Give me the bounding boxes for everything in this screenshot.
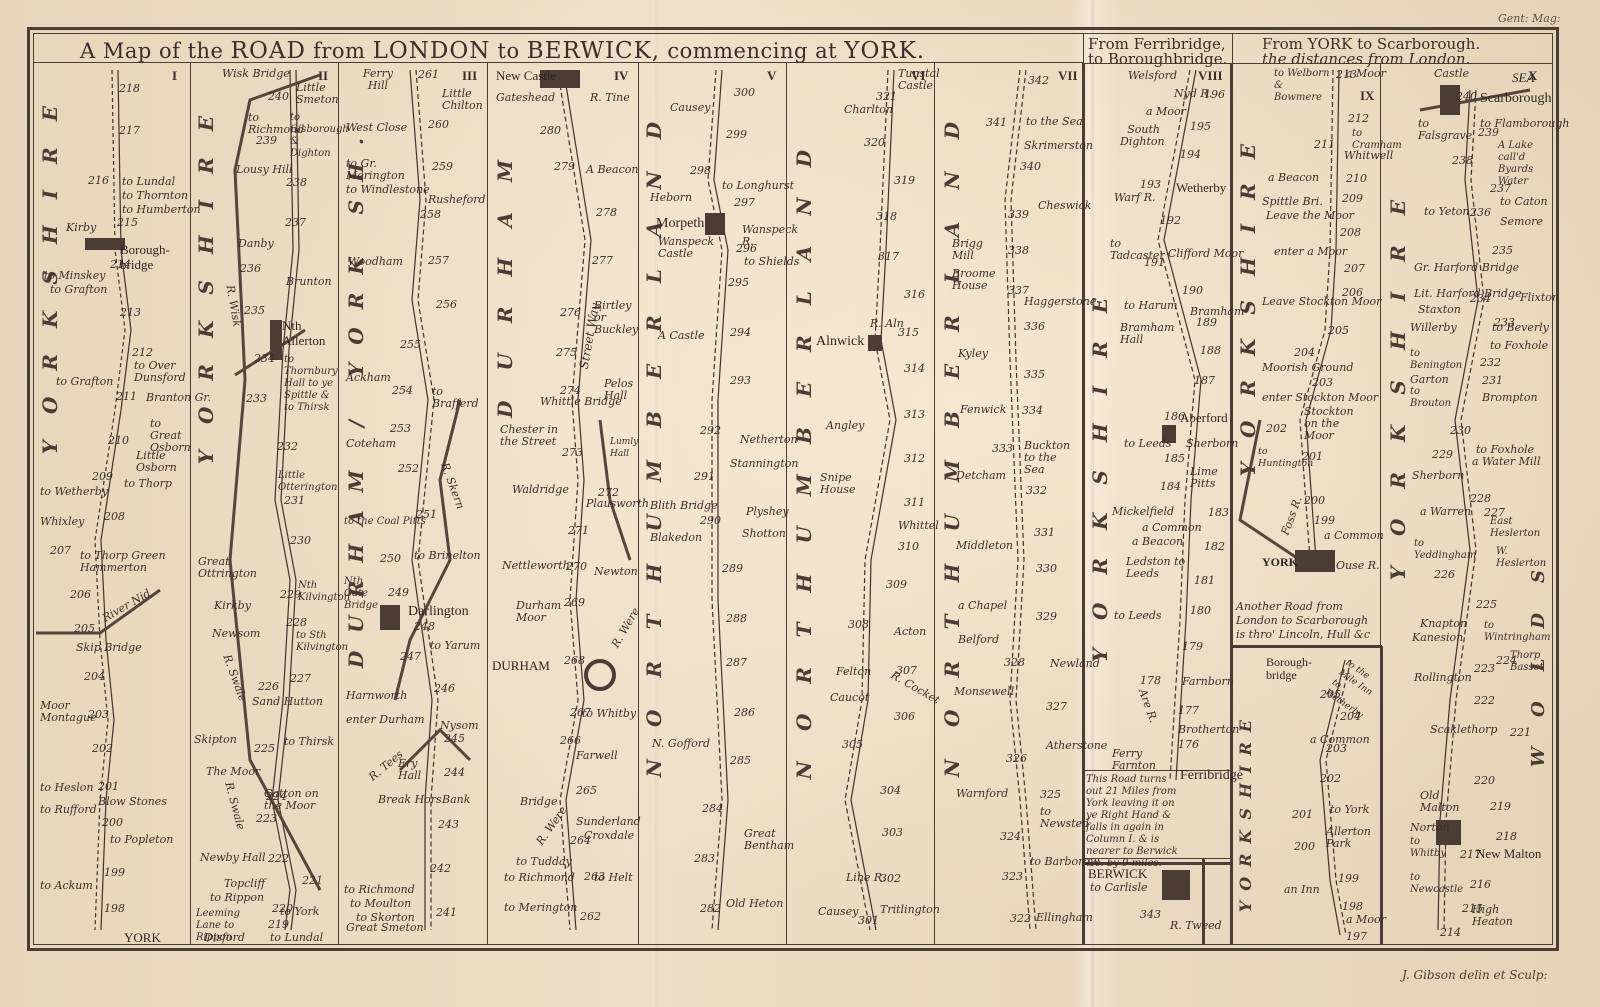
place-label: to Shields (744, 256, 799, 268)
town-label: Alnwick (816, 334, 864, 349)
place-label: Gr. Harford Bridge (1414, 262, 1564, 274)
place-label: to Humberton (122, 204, 201, 216)
route-note: This Road turns out 21 Miles from York l… (1086, 774, 1182, 870)
place-label: Little Osborn (136, 450, 186, 474)
place-label: Bank (442, 794, 470, 806)
milestone: 203 (1312, 376, 1333, 389)
place-label: a Beacon (1268, 172, 1319, 184)
milestone: 253 (390, 422, 411, 435)
wolds-label: WOLDS (1528, 540, 1549, 767)
milestone: 336 (1024, 320, 1045, 333)
place-label: to Wetherby (40, 486, 108, 498)
strip-numeral: IV (614, 68, 628, 84)
place-label: to Gr. Merington (346, 158, 410, 182)
milestone: 185 (1164, 452, 1185, 465)
place-label: East Heslerton (1490, 516, 1534, 540)
place-label: Farwell (576, 750, 618, 762)
place-label: Ledston to Leeds (1126, 556, 1186, 580)
place-label: to Lundal (270, 932, 323, 944)
place-label: Felton (836, 666, 871, 678)
place-label: South Dighton (1120, 124, 1160, 148)
milestone: 273 (562, 446, 583, 459)
county-label: NORTHUMBERLAND (792, 120, 816, 779)
town-label: Scarborough (1480, 92, 1550, 106)
milestone: 244 (444, 766, 465, 779)
river-label: R. Tine (590, 92, 630, 104)
place-label: Nettleworth (502, 560, 570, 572)
place-label: Lumly Hall (610, 436, 636, 460)
place-label: Stannington (730, 458, 798, 470)
place-label: Sunderland (576, 816, 641, 828)
place-label: to Brafferd (432, 386, 472, 410)
milestone: 339 (1008, 208, 1029, 221)
place-label: Brompton (1482, 392, 1538, 404)
place-label: Ellingham (1036, 912, 1093, 924)
place-label: to Windlestone (346, 184, 430, 196)
place-label: Staxton (1418, 304, 1461, 316)
place-label: Topcliff (224, 878, 265, 890)
milestone: 293 (730, 374, 751, 387)
town-label: Darlington (408, 604, 469, 619)
place-label: a Beacon (1132, 536, 1183, 548)
place-label: to Thornton (122, 190, 188, 202)
place-label: Allerton Park (1326, 826, 1376, 850)
place-label: Gateshead (496, 92, 555, 104)
milestone: 182 (1204, 540, 1225, 553)
river-label: R. Tweed (1170, 920, 1222, 932)
milestone: 212 (132, 346, 153, 359)
divider (1083, 33, 1084, 63)
milestone: 202 (92, 742, 113, 755)
milestone: 210 (1346, 172, 1367, 185)
milestone: 230 (290, 534, 311, 547)
place-label: Rusheford (428, 194, 486, 206)
place-label: Scaklethorp (1430, 724, 1497, 736)
place-label: Catton on the Moor (264, 788, 336, 812)
place-label: to the Coal Pitts (344, 516, 426, 528)
milestone: 209 (1342, 192, 1363, 205)
milestone: 204 (84, 670, 105, 683)
milestone: 301 (858, 914, 879, 927)
milestone: 234 (254, 352, 275, 365)
milestone: 326 (1006, 752, 1027, 765)
place-label: to Flamborough (1480, 118, 1569, 130)
milestone: 177 (1178, 704, 1199, 717)
milestone: 211 (116, 390, 137, 403)
place-label: Danby (238, 238, 274, 250)
milestone: 183 (1208, 506, 1229, 519)
town-label: Borough-bridge (120, 242, 180, 272)
river-label: Line R. (846, 872, 886, 884)
place-label: Willerby (1410, 322, 1457, 334)
milestone: 200 (1304, 494, 1325, 507)
place-label: Plausworth (586, 498, 632, 510)
place-label: Acton (894, 626, 926, 638)
strip-numeral: VIII (1198, 68, 1223, 84)
county-label: NORTHUMBERLAND (940, 90, 964, 777)
milestone: 280 (540, 124, 561, 137)
place-label: Ackham (346, 372, 391, 384)
place-label: a Common (1324, 530, 1384, 542)
place-label: Little Otterington (278, 470, 334, 494)
milestone: 288 (726, 612, 747, 625)
place-label: Brunton (286, 276, 332, 288)
milestone: 238 (286, 176, 307, 189)
place-label: to Moulton (350, 898, 411, 910)
place-label: Ferry Farnton (1112, 748, 1152, 772)
place-label: Old Malton (1420, 790, 1456, 814)
milestone: 219 (1490, 800, 1511, 813)
milestone: 179 (1182, 640, 1203, 653)
place-label: Little Smeton (296, 82, 336, 106)
strip-divider (1230, 63, 1233, 945)
milestone: 342 (1028, 74, 1049, 87)
place-label: enter Durham (346, 714, 425, 726)
milestone: 343 (1140, 908, 1161, 921)
milestone: 223 (256, 812, 277, 825)
place-label: to Brouton (1410, 386, 1454, 410)
milestone: 187 (1194, 374, 1215, 387)
milestone: 212 (1348, 112, 1369, 125)
milestone: 285 (730, 754, 751, 767)
milestone: 247 (400, 650, 421, 663)
river-label: R. Aln (870, 318, 904, 330)
milestone: 246 (434, 682, 455, 695)
place-label: to Popleton (110, 834, 173, 846)
milestone: 202 (1266, 422, 1287, 435)
river-label: Nyd R. (1174, 88, 1212, 100)
milestone: 299 (726, 128, 747, 141)
milestone: 201 (98, 780, 119, 793)
place-label: Skrimerston (1024, 140, 1093, 152)
milestone: 324 (1000, 830, 1021, 843)
place-label: Whitwell (1344, 150, 1393, 162)
milestone: 335 (1024, 368, 1045, 381)
milestone: 325 (1040, 788, 1061, 801)
milestone: 295 (728, 276, 749, 289)
milestone: 261 (418, 68, 439, 81)
place-label: Skipton (194, 734, 237, 746)
place-label: Monsewell (954, 686, 1014, 698)
place-label: Break Hors (378, 794, 442, 806)
milestone: 277 (592, 254, 613, 267)
milestone: 260 (428, 118, 449, 131)
place-label: Caucot (830, 692, 869, 704)
place-label: Bramham Hall (1120, 322, 1160, 346)
county-label: YORKSHIRE (1088, 270, 1112, 662)
place-label: a Moor (1346, 914, 1386, 926)
milestone: 321 (876, 90, 897, 103)
place-label: to Yeddingham (1414, 538, 1470, 562)
milestone: 214 (1440, 926, 1461, 939)
place-label: to Tadcaster (1110, 238, 1140, 262)
place-label: Woodham (348, 256, 403, 268)
strip-numeral: VII (1058, 68, 1078, 84)
place-label: Knapton (1420, 618, 1467, 630)
milestone: 181 (1194, 574, 1215, 587)
milestone: 300 (734, 86, 755, 99)
place-label: a Moor (1146, 106, 1186, 118)
place-label: Cheswick (1038, 200, 1091, 212)
town-label: Wetherby (1176, 180, 1226, 195)
place-label: to Rippon (210, 892, 264, 904)
milestone: 207 (50, 544, 71, 557)
milestone: 231 (1482, 374, 1503, 387)
place-label: to York (1330, 804, 1369, 816)
milestone: 242 (430, 862, 451, 875)
milestone: 330 (1036, 562, 1057, 575)
lake-label: A Lake call'd Byards Water (1498, 140, 1556, 188)
milestone: 208 (104, 510, 125, 523)
strip-divider (338, 63, 339, 945)
place-label: Netherton (740, 434, 798, 446)
place-label: to Yeton (1424, 206, 1469, 218)
place-label: Welsford (1128, 70, 1177, 82)
milestone: 311 (904, 496, 925, 509)
place-label: Lousy Hill (236, 164, 293, 176)
milestone: 235 (1492, 244, 1513, 257)
place-label: Birtley or Buckley (594, 300, 636, 336)
place-label: Farnborn (1182, 676, 1234, 688)
place-label: to Thorp (124, 478, 172, 490)
place-label: Great Ottrington (198, 556, 254, 580)
milestone: 219 (268, 918, 289, 931)
place-label: Little Chilton (442, 88, 482, 112)
place-label: Sherborn (1186, 438, 1226, 450)
milestone: 318 (876, 210, 897, 223)
divider (1232, 33, 1233, 63)
county-label: YORKSHIRE (38, 80, 62, 454)
inset-divider (1230, 645, 1382, 648)
river-label: Ouse R. (1336, 560, 1380, 572)
place-label: Detcham (956, 470, 1006, 482)
milestone: 209 (92, 470, 113, 483)
place-label: enter a Moor (1274, 246, 1347, 258)
milestone: 233 (246, 392, 267, 405)
strip-numeral: III (462, 68, 477, 84)
milestone: 202 (1320, 772, 1341, 785)
place-label: Moor Montague (40, 700, 90, 724)
strip-divider (190, 63, 191, 945)
place-label: Sand Hutton (252, 696, 323, 708)
place-label: Middleton (956, 540, 1013, 552)
place-label: Castle (1434, 68, 1469, 80)
milestone: 259 (432, 160, 453, 173)
milestone: 341 (986, 116, 1007, 129)
milestone: 197 (1346, 930, 1367, 943)
milestone: 192 (1160, 214, 1181, 227)
place-label: Blith Bridge (650, 500, 718, 512)
place-label: Moorish Ground (1262, 362, 1353, 374)
milestone: 198 (1342, 900, 1363, 913)
place-label: to Rufford (40, 804, 97, 816)
town-label: New Castle (496, 68, 556, 83)
place-label: to Benington (1410, 348, 1460, 372)
strip-numeral: IX (1360, 88, 1374, 104)
place-label: Rollington (1414, 672, 1472, 684)
place-label: to Merington (504, 902, 577, 914)
place-label: a Moor (1346, 68, 1386, 80)
place-label: to York (280, 906, 319, 918)
place-label: Wisk Bridge (222, 68, 290, 80)
town-label: New Malton (1476, 846, 1541, 861)
place-label: to Lundal (122, 176, 175, 188)
strip-divider (934, 63, 935, 945)
milestone: 232 (1480, 356, 1501, 369)
river-label: Wanspeck R. (742, 224, 786, 248)
milestone: 225 (254, 742, 275, 755)
milestone: 217 (119, 124, 140, 137)
milestone: 292 (700, 424, 721, 437)
milestone: 237 (285, 216, 306, 229)
milestone: 323 (1002, 870, 1023, 883)
place-label: to Falsgrave (1418, 118, 1458, 142)
milestone: 231 (284, 494, 305, 507)
milestone: 229 (1432, 448, 1453, 461)
milestone: 240 (268, 90, 289, 103)
milestone: 312 (904, 452, 925, 465)
milestone: 303 (882, 826, 903, 839)
place-label: to Beverly (1492, 322, 1549, 334)
place-label: Semore (1500, 216, 1543, 228)
milestone: 245 (444, 732, 465, 745)
milestone: 227 (290, 672, 311, 685)
place-label: Kirby (66, 222, 96, 234)
place-label: a Common (1310, 734, 1370, 746)
milestone: 305 (842, 738, 863, 751)
milestone: 265 (576, 784, 597, 797)
place-label: Croxdale (584, 830, 634, 842)
place-label: Whittle Bridge (540, 396, 622, 408)
milestone: 206 (70, 588, 91, 601)
milestone: 262 (580, 910, 601, 923)
divider (1083, 63, 1553, 64)
place-label: to Caton (1500, 196, 1548, 208)
strip-divider (1082, 63, 1085, 945)
place-label: Newton (594, 566, 638, 578)
milestone: 333 (992, 442, 1013, 455)
place-label: to Richmond (504, 872, 575, 884)
place-label: Kirkby (214, 600, 251, 612)
place-label: Chester in the Street (500, 424, 562, 448)
milestone: 334 (1022, 404, 1043, 417)
place-label: Plyshey (746, 506, 789, 518)
place-label: Tunstal Castle (898, 68, 938, 92)
milestone: 200 (102, 816, 123, 829)
place-label: Bridge (520, 796, 557, 808)
place-label: Stockton on the Moor (1304, 406, 1364, 442)
milestone: 297 (734, 196, 755, 209)
milestone: 210 (108, 434, 129, 447)
place-label: Nth Kilvington (298, 580, 336, 604)
place-label: Buckton to the Sea (1024, 440, 1080, 476)
milestone: 319 (894, 174, 915, 187)
place-label: to Harum (1124, 300, 1177, 312)
place-label: Brigg Mill (952, 238, 992, 262)
milestone: 230 (1450, 424, 1471, 437)
place-label: Newland (1050, 658, 1100, 670)
milestone: 176 (1178, 738, 1199, 751)
place-label: to Heslon (40, 782, 94, 794)
place-label: Spittle Bri. (1262, 196, 1323, 208)
milestone: 338 (1008, 244, 1029, 257)
milestone: 218 (119, 82, 140, 95)
milestone: 279 (554, 160, 575, 173)
place-label: Wanspeck Castle (658, 236, 704, 260)
milestone: 309 (886, 578, 907, 591)
place-label: Leave Stockton Moor (1262, 296, 1381, 308)
milestone: 255 (400, 338, 421, 351)
place-label: to Newcastle (1410, 872, 1450, 896)
milestone: 291 (694, 470, 715, 483)
milestone: 222 (1474, 694, 1495, 707)
milestone: 276 (560, 306, 581, 319)
county-label: YORKSHIRE (1236, 710, 1255, 912)
place-label: to Huntington (1258, 446, 1288, 470)
milestone: 308 (848, 618, 869, 631)
strip-numeral: V (767, 68, 776, 84)
place-label: to Brinelton (414, 550, 481, 562)
milestone: 228 (1470, 492, 1491, 505)
milestone: 254 (392, 384, 413, 397)
milestone: 235 (244, 304, 265, 317)
place-label: Nysom (440, 720, 479, 732)
place-label: Heborn (650, 192, 692, 204)
milestone: 287 (726, 656, 747, 669)
place-label: Sherborn (1412, 470, 1442, 482)
milestone: 258 (420, 208, 441, 221)
milestone: 184 (1160, 480, 1181, 493)
milestone: 243 (438, 818, 459, 831)
place-label: Causey (670, 102, 710, 114)
strip-divider (786, 63, 787, 945)
place-label: Haggerstone (1024, 296, 1096, 308)
place-label: Atherstone (1046, 740, 1107, 752)
milestone: 248 (414, 620, 435, 633)
river-label: Warf R. (1114, 192, 1156, 204)
milestone: 208 (1340, 226, 1361, 239)
place-label: High Heaton (1472, 904, 1512, 928)
place-label: to Whitby (1410, 836, 1450, 860)
milestone: 238 (1452, 154, 1473, 167)
town-label: Ferribridge (1180, 768, 1224, 783)
county-label: YORKSHIRE (194, 90, 218, 464)
milestone: 320 (864, 136, 885, 149)
milestone: 266 (560, 734, 581, 747)
place-label: Newsom (212, 628, 260, 640)
milestone: 195 (1190, 120, 1211, 133)
milestone: 190 (1182, 284, 1203, 297)
place-label: enter Stockton Moor (1262, 392, 1382, 404)
town-label: Morpeth (656, 216, 704, 231)
county-label: YORKSHIRE (1236, 120, 1260, 476)
place-label: Kyley (958, 348, 988, 360)
place-label: Durham Moor (516, 600, 556, 624)
milestone: 222 (268, 852, 289, 865)
milestone: 327 (1046, 700, 1067, 713)
milestone: 205 (74, 622, 95, 635)
milestone: 268 (564, 654, 585, 667)
milestone: 226 (258, 680, 279, 693)
publisher-mark: Gent: Mag: (1498, 12, 1561, 25)
milestone: 220 (1474, 774, 1495, 787)
milestone: 286 (734, 706, 755, 719)
place-label: to Carlisle (1090, 882, 1147, 894)
place-label: to Leeds (1124, 438, 1172, 450)
place-label: Charlton (844, 104, 893, 116)
milestone: 199 (1314, 514, 1335, 527)
place-label: to Ackum (40, 880, 93, 892)
